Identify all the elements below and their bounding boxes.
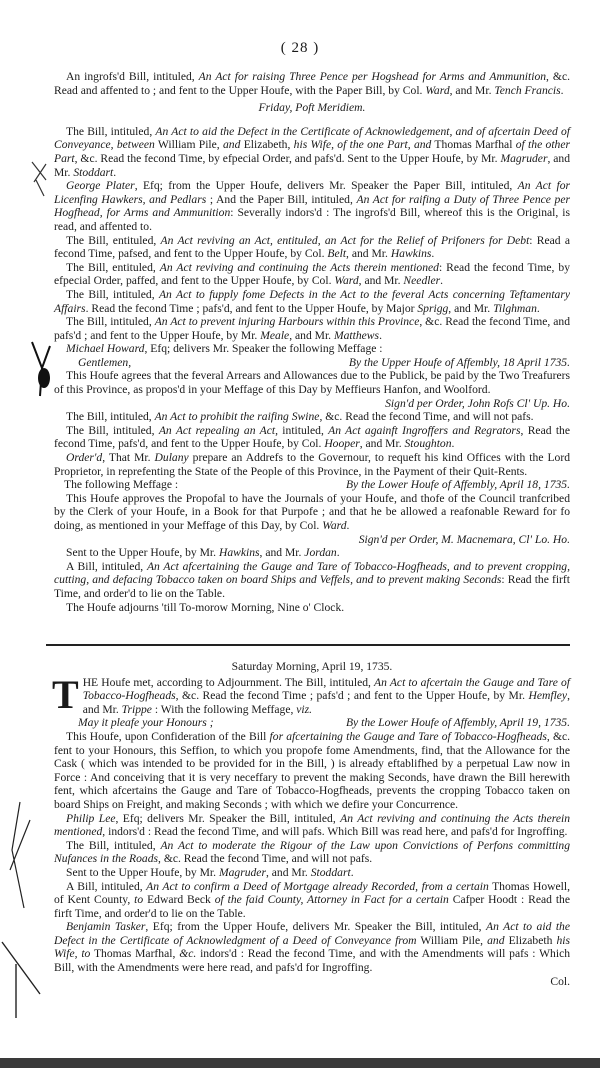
section-heading: Saturday Morning, April 19, 1735. <box>54 660 570 674</box>
message-header: Gentlemen, By the Upper Houfe of Affembl… <box>54 356 570 370</box>
message-header: May it pleafe your Honours ; By the Lowe… <box>54 716 570 730</box>
message-label: The following Meffage : <box>64 478 178 492</box>
section-divider <box>46 644 570 646</box>
paragraph: A Bill, intituled, An Act afcertaining t… <box>54 560 570 601</box>
message-date: By the Lower Houfe of Affembly, April 18… <box>346 478 570 492</box>
signature: Sign'd per Order, M. Macnemara, Cl' Lo. … <box>54 533 570 547</box>
signature: Sign'd per Order, John Rofs Cl' Up. Ho. <box>54 397 570 411</box>
paragraph: The Bill, intituled, An Act repealing an… <box>54 424 570 451</box>
paragraph: The Bill, intituled, An Act to fupply fo… <box>54 288 570 315</box>
message-date: By the Upper Houfe of Affembly, 18 April… <box>349 356 570 370</box>
paragraph: Sent to the Upper Houfe, by Mr. Hawkins,… <box>54 546 570 560</box>
paragraph-dropcap: T HE Houfe met, according to Adjournment… <box>54 676 570 717</box>
paragraph: George Plater, Efq; from the Upper Houfe… <box>54 179 570 233</box>
catchword: Col. <box>54 975 570 989</box>
paragraph: This Houfe approves the Propofal to have… <box>54 492 570 533</box>
paragraph: The Bill, entituled, An Act reviving an … <box>54 234 570 261</box>
paragraph: An ingrofs'd Bill, intituled, An Act for… <box>54 70 570 97</box>
message-header: The following Meffage : By the Lower Hou… <box>54 478 570 492</box>
salutation: Gentlemen, <box>78 356 131 370</box>
paragraph: Benjamin Tasker, Efq; from the Upper Hou… <box>54 920 570 974</box>
margin-x-mark-icon <box>4 800 34 910</box>
paragraph: Order'd, That Mr. Dulany prepare an Addr… <box>54 451 570 478</box>
paragraph: The Houfe adjourns 'till To-morow Mornin… <box>54 601 570 615</box>
paragraph: Philip Lee, Efq; delivers Mr. Speaker th… <box>54 812 570 839</box>
paragraph: The Bill, intituled, An Act to prevent i… <box>54 315 570 342</box>
paragraph: A Bill, intituled, An Act to confirm a D… <box>54 880 570 921</box>
drop-cap: T <box>52 678 79 712</box>
paragraph: This Houfe agrees that the feveral Arrea… <box>54 369 570 396</box>
margin-cross-mark-icon <box>30 158 50 198</box>
paragraph: The Bill, entituled, An Act reviving and… <box>54 261 570 288</box>
paragraph: The Bill, intituled, An Act to aid the D… <box>54 125 570 179</box>
salutation: May it pleafe your Honours ; <box>78 716 214 730</box>
paragraph: The Bill, intituled, An Act to prohibit … <box>54 410 570 424</box>
paragraph: This Houfe, upon Confideration of the Bi… <box>54 730 570 812</box>
section-friday: An ingrofs'd Bill, intituled, An Act for… <box>54 70 570 614</box>
page-number: ( 28 ) <box>0 40 600 57</box>
paragraph: Sent to the Upper Houfe, by Mr. Magruder… <box>54 866 570 880</box>
margin-ink-mark-icon <box>28 340 54 400</box>
section-saturday: Saturday Morning, April 19, 1735. T HE H… <box>54 660 570 988</box>
paragraph: Michael Howard, Efq; delivers Mr. Speake… <box>54 342 570 356</box>
scan-edge-bar <box>0 1058 600 1068</box>
margin-bracket-mark-icon <box>0 940 50 1020</box>
message-date: By the Lower Houfe of Affembly, April 19… <box>346 716 570 730</box>
section-heading: Friday, Poft Meridiem. <box>54 101 570 115</box>
paragraph: The Bill, intituled, An Act to moderate … <box>54 839 570 866</box>
